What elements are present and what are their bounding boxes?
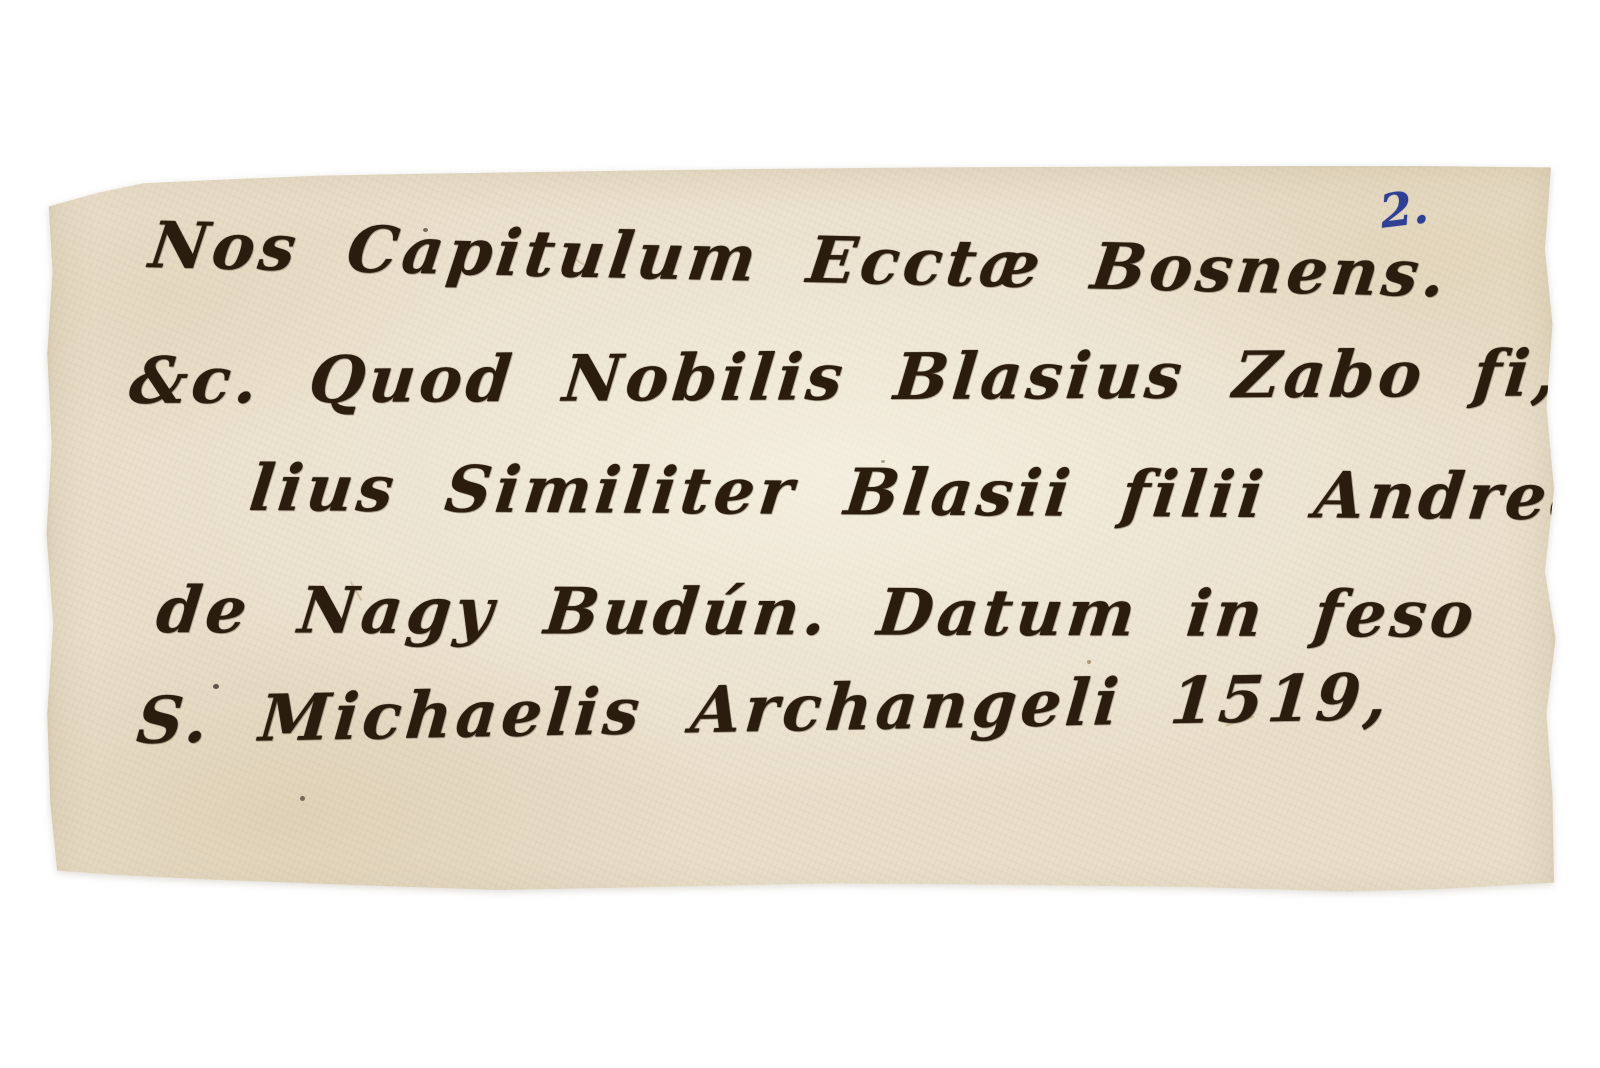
photo-background: 2. Nos Capitulum Ecctæ Bosnens. &c. Quod… — [0, 0, 1600, 1068]
manuscript-line-5: S. Michaelis Archangeli 1519, — [134, 666, 1393, 754]
manuscript-paper-wrap: 2. Nos Capitulum Ecctæ Bosnens. &c. Quod… — [45, 160, 1557, 908]
manuscript-line-3: lius Similiter Blasii filii Andreæ — [246, 457, 1600, 530]
manuscript-line-2: &c. Quod Nobilis Blasius Zabo fi, — [127, 342, 1563, 414]
paper-speck — [300, 796, 305, 801]
manuscript-line-4: de Nagy Budún. Datum in feso — [154, 579, 1481, 648]
archival-number: 2. — [1377, 183, 1430, 235]
manuscript-paper: 2. Nos Capitulum Ecctæ Bosnens. &c. Quod… — [45, 160, 1557, 908]
manuscript-line-1: Nos Capitulum Ecctæ Bosnens. — [146, 214, 1453, 307]
paper-speck — [1087, 660, 1091, 664]
